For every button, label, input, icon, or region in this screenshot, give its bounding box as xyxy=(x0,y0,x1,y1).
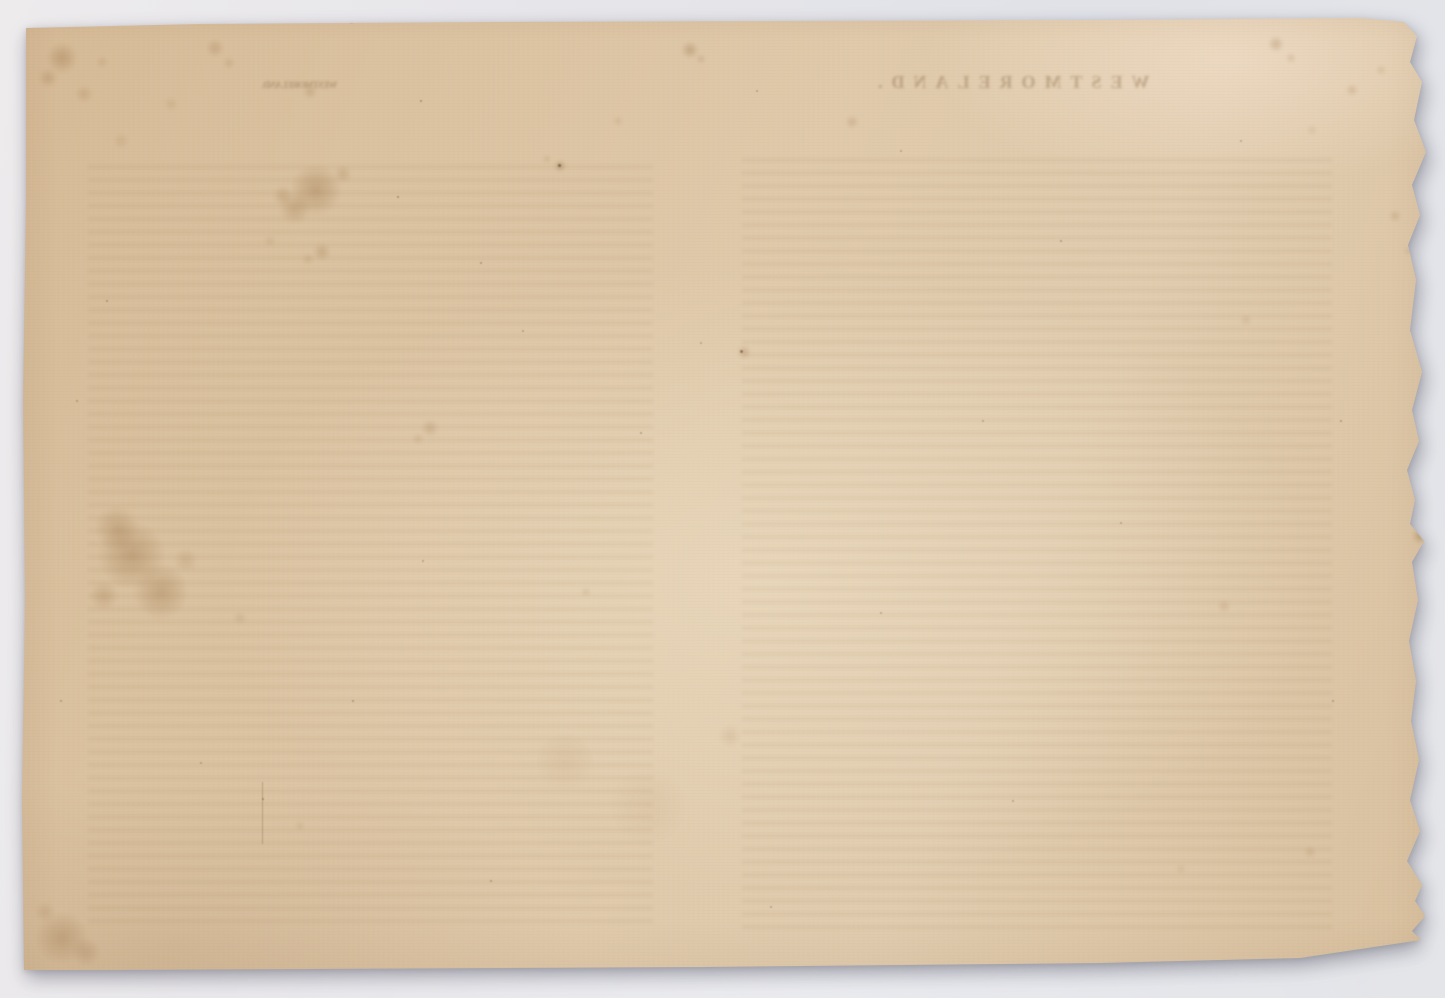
paper-texture xyxy=(0,0,1445,998)
foxing-stain xyxy=(1009,7,1019,17)
foxing-stain xyxy=(72,938,100,966)
dark-speck xyxy=(982,420,984,422)
foxing-stain xyxy=(96,56,108,68)
dark-speck xyxy=(106,300,108,302)
foxing-stain xyxy=(1268,36,1284,52)
foxing-stain xyxy=(302,253,314,265)
paper-sheet: WESTMORELAND. WESTMORELAND. xyxy=(0,0,1445,998)
dark-speck xyxy=(76,400,78,402)
foxing-stain xyxy=(613,116,623,126)
dark-speck xyxy=(740,350,743,353)
showthrough-header-right-text: WESTMORELAND. xyxy=(869,72,1150,93)
foxing-stain xyxy=(581,587,591,597)
dark-speck xyxy=(352,700,354,702)
foxing-stain xyxy=(206,39,224,57)
dark-speck xyxy=(1120,522,1122,524)
showthrough-header-right: WESTMORELAND. xyxy=(878,68,1140,96)
foxing-stain xyxy=(273,186,293,206)
dark-speck xyxy=(1240,140,1242,142)
foxing-stain xyxy=(608,766,688,846)
foxing-stain xyxy=(845,115,859,129)
dark-speck xyxy=(522,330,524,332)
foxing-stain xyxy=(1346,84,1358,96)
foxing-stain xyxy=(90,582,118,610)
foxing-stain xyxy=(1412,528,1428,544)
foxing-stain xyxy=(264,235,276,247)
foxing-stain xyxy=(412,433,424,445)
dark-speck xyxy=(1340,420,1342,422)
foxing-stain xyxy=(223,57,235,69)
dark-speck xyxy=(422,560,424,562)
foxing-stain xyxy=(1307,125,1317,135)
foxing-stain xyxy=(46,42,78,74)
showthrough-header-left: WESTMORELAND. xyxy=(273,76,327,94)
dark-speck xyxy=(756,90,758,92)
foxing-stain xyxy=(113,133,129,149)
foxing-stain xyxy=(38,68,58,88)
dark-speck xyxy=(397,196,399,198)
foxing-stain xyxy=(535,732,595,792)
dark-speck xyxy=(558,164,561,167)
photo-of-antique-paper: { "scene": { "description": "Photograph … xyxy=(0,0,1445,998)
dark-speck xyxy=(770,906,772,908)
dark-speck xyxy=(700,342,702,344)
dark-speck xyxy=(640,432,642,434)
photo-backdrop: WESTMORELAND. WESTMORELAND. xyxy=(0,0,1445,998)
dark-speck xyxy=(420,100,422,102)
foxing-stain xyxy=(696,54,706,64)
dark-speck xyxy=(900,150,902,152)
foxing-stain xyxy=(35,902,55,922)
foxing-stain xyxy=(1404,247,1412,255)
foxing-stain xyxy=(421,419,439,437)
foxing-stain xyxy=(554,160,566,172)
foxing-stain xyxy=(1389,210,1401,222)
foxing-stain xyxy=(303,85,317,99)
foxing-stain xyxy=(1176,864,1186,874)
foxing-stain xyxy=(681,41,699,59)
dark-speck xyxy=(1418,447,1421,450)
dark-speck xyxy=(480,262,482,264)
foxing-stain xyxy=(334,165,352,183)
foxing-stain xyxy=(95,506,139,550)
paper-shadow: WESTMORELAND. WESTMORELAND. xyxy=(0,0,1445,998)
foxing-stain xyxy=(313,243,331,261)
foxing-stain xyxy=(98,521,166,589)
foxing-stain xyxy=(1217,599,1231,613)
foxing-stain xyxy=(1304,846,1316,858)
dark-speck xyxy=(880,612,882,614)
foxing-stain xyxy=(737,345,751,359)
dark-speck xyxy=(1418,228,1421,231)
dark-speck xyxy=(200,762,202,764)
showthrough-text-column xyxy=(88,165,653,925)
foxing-stain xyxy=(1376,65,1386,75)
dark-speck xyxy=(1416,800,1418,802)
dark-speck xyxy=(1012,800,1014,802)
dark-speck xyxy=(60,700,62,702)
foxing-stain xyxy=(164,97,178,111)
foxing-stain xyxy=(233,611,247,625)
foxing-stain xyxy=(36,912,88,964)
foxing-stain xyxy=(75,85,93,103)
foxing-stain xyxy=(1240,314,1252,326)
showthrough-text-column xyxy=(742,158,1332,933)
dark-speck xyxy=(1060,240,1062,242)
foxing-stain xyxy=(718,724,742,748)
dark-speck xyxy=(1332,700,1334,702)
foxing-stain xyxy=(1286,53,1296,63)
foxing-stain xyxy=(953,10,963,20)
showthrough-header-left-text: WESTMORELAND. xyxy=(262,80,337,90)
foxing-stain xyxy=(290,164,342,216)
dark-speck xyxy=(262,798,264,800)
dark-speck xyxy=(350,20,353,23)
foxing-stain xyxy=(279,192,311,224)
foxing-stain xyxy=(295,821,305,831)
dark-speck xyxy=(490,880,492,882)
foxing-stain xyxy=(543,155,551,163)
foxing-stain xyxy=(174,548,198,572)
foxing-stain xyxy=(133,564,189,620)
surface-scratch xyxy=(262,782,263,844)
